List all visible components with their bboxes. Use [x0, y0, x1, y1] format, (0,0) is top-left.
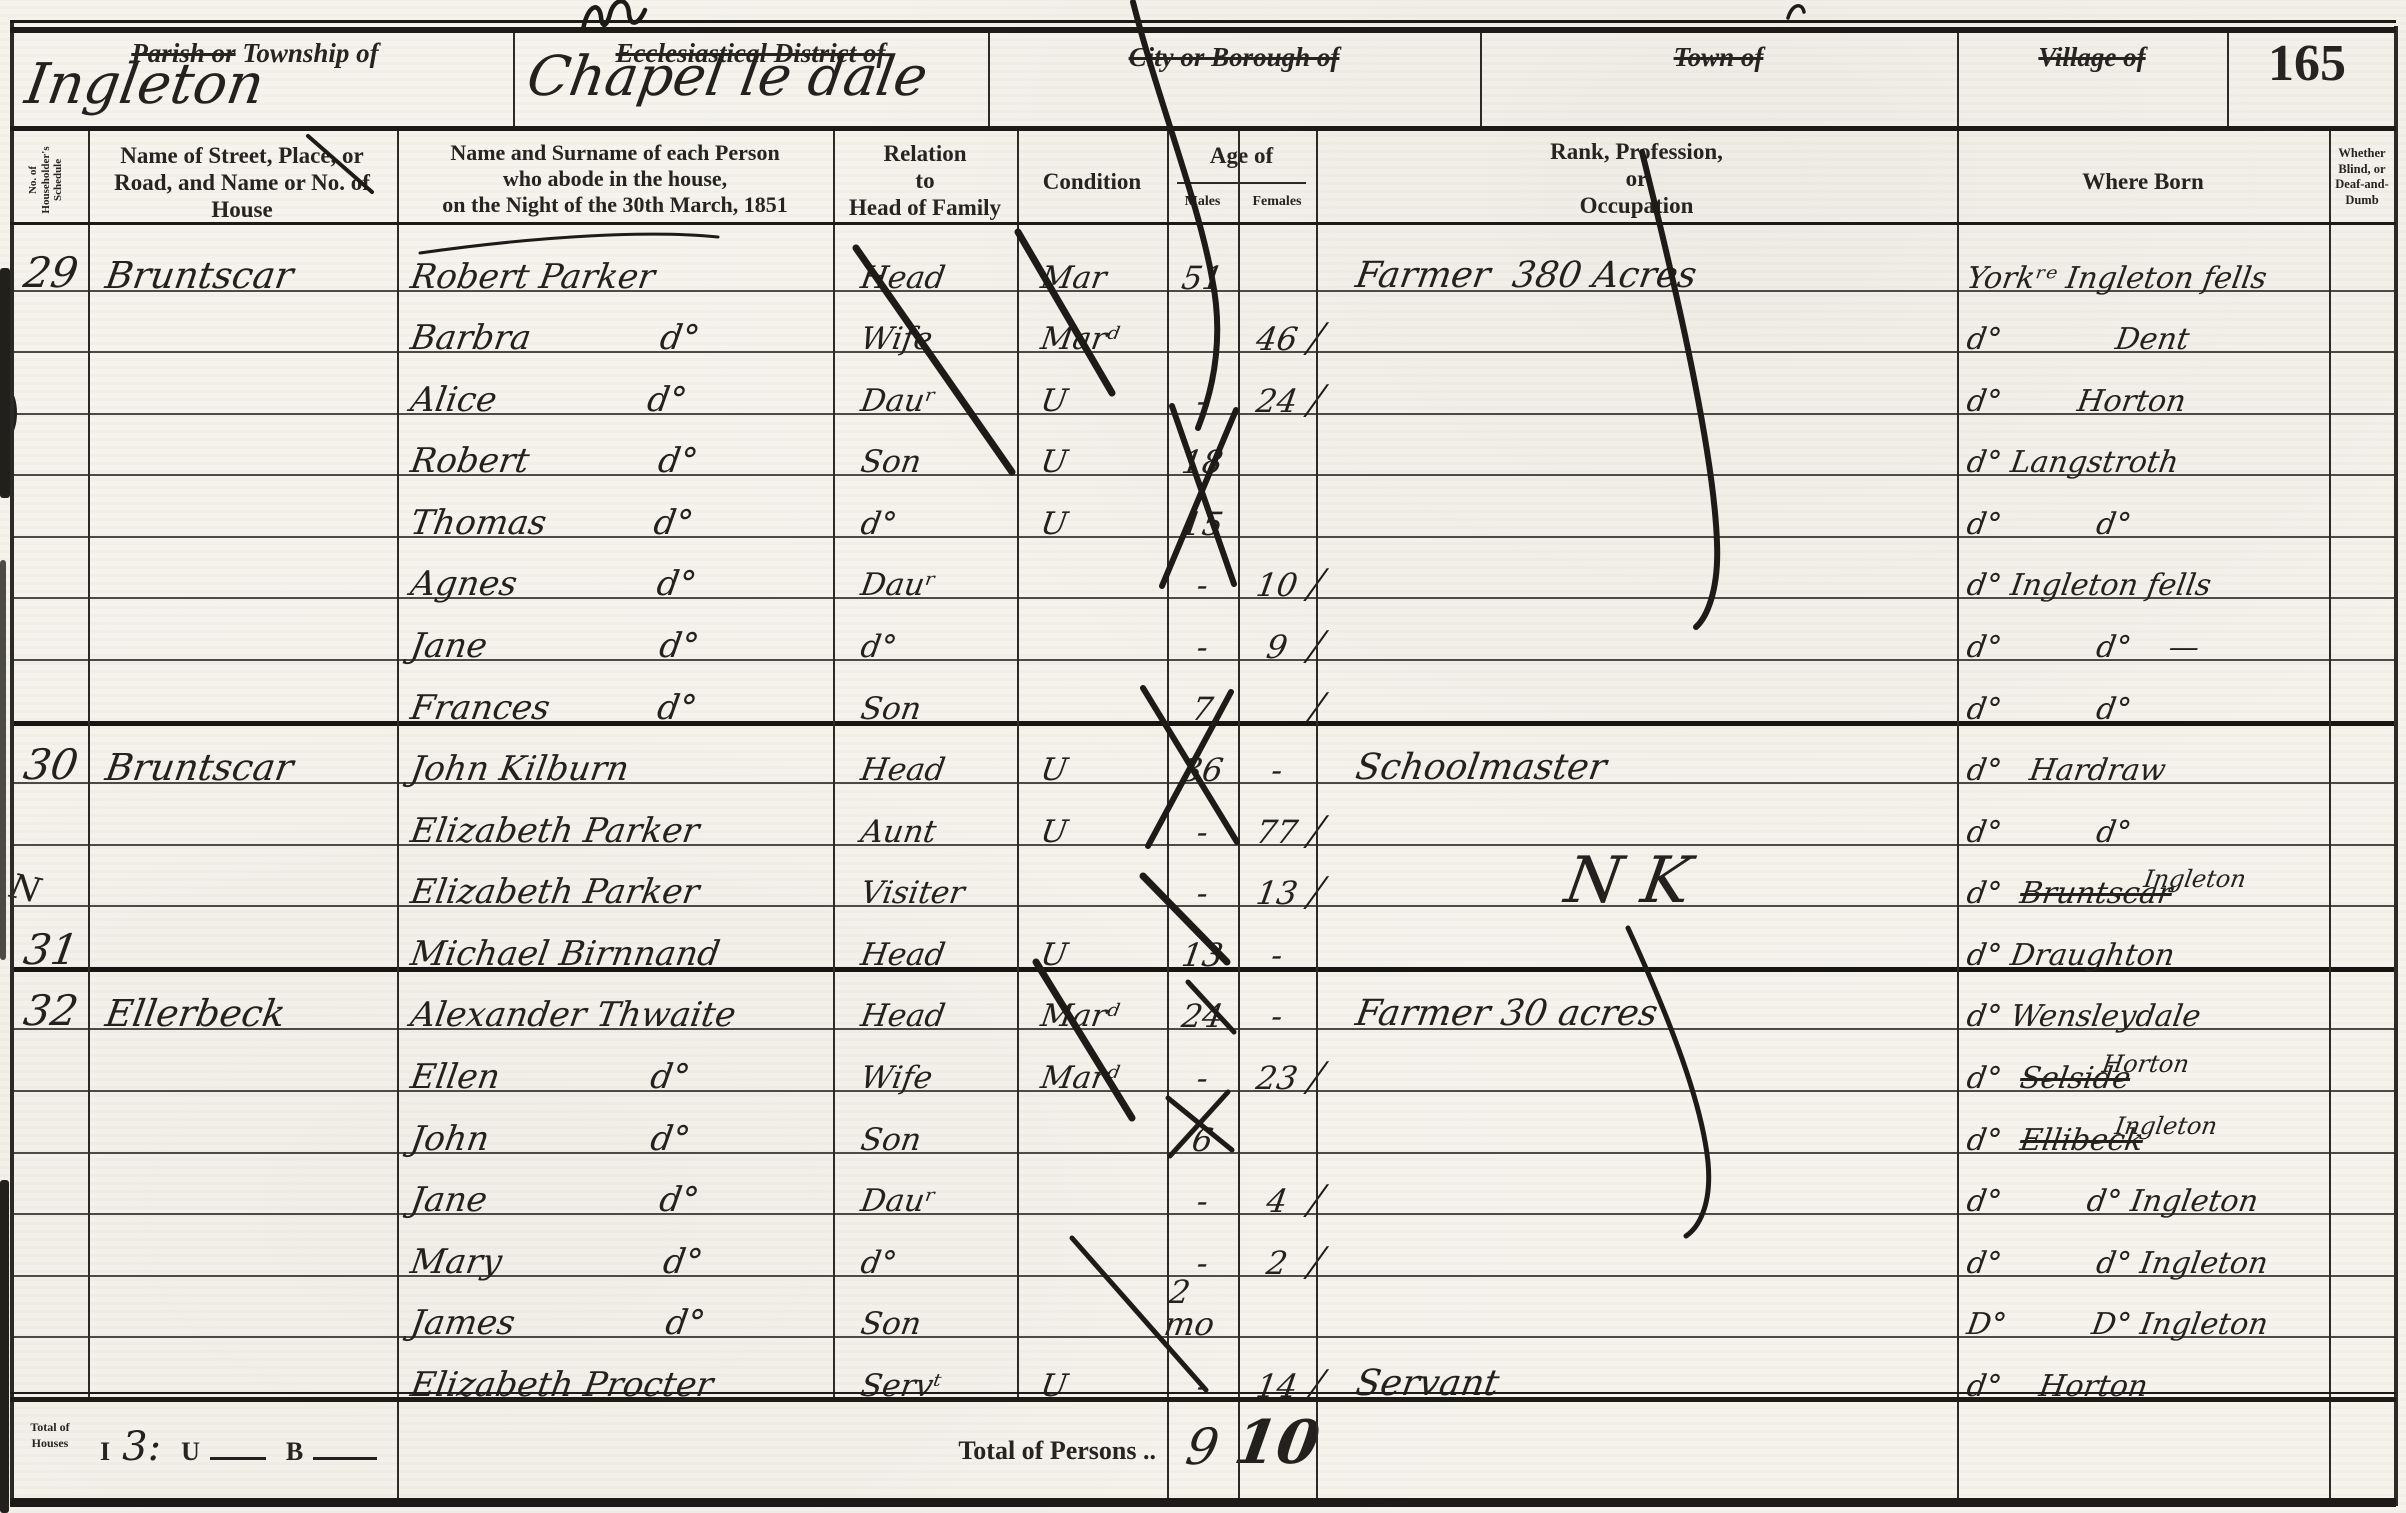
name-cell: Elizabeth Parker — [396, 814, 847, 848]
blind-column-header: Whether Blind, or Deaf-and-Dumb — [2331, 146, 2393, 209]
name-cell: Jane d° — [396, 629, 847, 663]
rule-line — [2227, 30, 2229, 126]
occupation-cell: Farmer 380 Acres — [1313, 258, 1999, 294]
relation-column-header: Relation to Head of Family — [833, 140, 1017, 221]
table-row: 30BruntscarJohn KilburnHeadU36-Schoolmas… — [10, 721, 2396, 785]
pen-mark — [1788, 6, 1804, 18]
table-row: 31Michael BirnnandHeadU13-d° Draughton — [10, 905, 2396, 972]
rule-line — [2394, 26, 2398, 1506]
table-row: Barbra d°WifeMarᵈ46d° Dent∕ — [10, 290, 2396, 354]
name-cell: Barbra d° — [396, 321, 847, 355]
rule-line — [10, 1498, 2396, 1507]
village-label: Village of — [1957, 42, 2227, 73]
name-cell: Mary d° — [396, 1245, 847, 1279]
born-correction-text: Ingleton — [2113, 1114, 2219, 1138]
total-persons-label: Total of Persons .. — [700, 1436, 1156, 1466]
name-header-line3: on the Night of the 30th March, 1851 — [399, 192, 831, 218]
total-houses-label: Total of Houses — [14, 1420, 86, 1451]
rule-line — [10, 20, 2396, 23]
table-row: Agnes d°Dauʳ-10d° Ingleton fells∕ — [10, 536, 2396, 600]
pen-scribble — [583, 1, 645, 30]
females-column-header: Females — [1238, 194, 1316, 210]
occupation-header-line2: or — [1316, 165, 1957, 192]
schedule-column-header: No. of Householder's Schedule — [6, 136, 86, 224]
rule-line — [1480, 30, 1482, 126]
scan-edge-blob — [0, 390, 17, 436]
rule-line — [833, 130, 835, 1398]
name-header-line2: who abode in the house, — [399, 166, 831, 192]
rule-line — [10, 27, 2396, 33]
table-row: John d°Son6d° EllibeckIngleton — [10, 1090, 2396, 1154]
table-row: Elizabeth ParkerAuntU-77d° d°∕ — [10, 782, 2396, 846]
born-correction-text: Ingleton — [2142, 867, 2248, 891]
name-column-header: Name and Surname of each Person who abod… — [399, 140, 831, 218]
rule-line — [1957, 30, 1959, 126]
total-persons-females: 10 — [1228, 1408, 1325, 1478]
street-cell: Bruntscar — [89, 257, 414, 294]
rule-line — [1017, 130, 1019, 1398]
ecclesiastical-value: Chapel le dale — [523, 44, 932, 108]
name-cell: Robert Parker — [396, 260, 847, 294]
schedule-number: 30 — [11, 744, 92, 786]
scan-edge-artifact — [0, 268, 10, 498]
schedule-column-header-text: No. of Householder's Schedule — [27, 140, 65, 220]
inhabited-label: I — [100, 1437, 110, 1466]
name-cell: Robert d° — [396, 444, 847, 478]
street-column-header: Name of Street, Place, or Road, and Name… — [92, 142, 392, 223]
name-cell: Ellen d° — [396, 1060, 847, 1094]
parish-value: Ingleton — [21, 52, 269, 117]
name-cell: John Kilburn — [396, 752, 847, 786]
occupation-header-line3: Occupation — [1316, 192, 1957, 219]
occupation-cell: Schoolmaster — [1313, 750, 1999, 786]
occupation-column-header: Rank, Profession, or Occupation — [1316, 138, 1957, 219]
census-page: Parish or Township of Ingleton Ecclesias… — [0, 0, 2406, 1513]
name-cell: Alexander Thwaite — [396, 998, 847, 1032]
rule-line — [513, 30, 515, 126]
table-row: Ellen d°WifeMarᵈ-23d° SelsideHorton∕ — [10, 1028, 2396, 1092]
table-row: Alice d°DauʳU-24d° Horton∕ — [10, 351, 2396, 415]
name-cell: James d° — [396, 1306, 847, 1340]
rule-line — [2329, 130, 2331, 1498]
table-row: Robert d°SonU18d° Langstroth — [10, 413, 2396, 477]
building-blank — [313, 1457, 377, 1460]
total-houses-values: I 3: U B — [100, 1424, 400, 1470]
rule-line — [1167, 130, 1169, 1498]
uninhabited-blank — [210, 1457, 266, 1460]
rule-line — [988, 30, 990, 126]
name-cell: Michael Birnnand — [396, 937, 847, 971]
street-cell: Bruntscar — [89, 749, 414, 786]
page-number: 165 — [2227, 34, 2387, 93]
table-row: James d°Son2 moD° D° Ingleton — [10, 1275, 2396, 1339]
rule-line — [1316, 130, 1318, 1498]
inhabited-value: 3: — [122, 1424, 161, 1470]
table-row: 29BruntscarRobert ParkerHeadMar51Farmer … — [10, 228, 2396, 292]
schedule-number: 31 — [11, 929, 92, 971]
table-row: Frances d°Son7d° d°∕ — [10, 659, 2396, 726]
table-row: Elizabeth ProcterServᵗU-14Servantd° Hort… — [10, 1336, 2396, 1400]
occupation-header-line1: Rank, Profession, — [1316, 138, 1957, 165]
born-correction-text: Horton — [2101, 1052, 2191, 1076]
table-row: Mary d°d°-2d° d° Ingleton∕ — [10, 1213, 2396, 1277]
name-cell: Frances d° — [396, 691, 847, 725]
rule-line — [10, 126, 2396, 131]
schedule-number: 29 — [11, 252, 92, 294]
street-cell: Ellerbeck — [89, 995, 414, 1032]
rule-line — [10, 1397, 2396, 1402]
name-cell: John d° — [396, 1122, 847, 1156]
name-header-line1: Name and Surname of each Person — [399, 140, 831, 166]
relation-header-line3: Head of Family — [833, 194, 1017, 221]
table-row: Jane d°d°-9d° d° —∕ — [10, 597, 2396, 661]
age-males-cell: 2 mo — [1162, 1276, 1243, 1340]
table-row: Thomas d°d°U15d° d° — [10, 474, 2396, 538]
scan-edge-artifact — [0, 560, 6, 960]
name-cell: Elizabeth Parker — [396, 875, 847, 909]
rule-line — [88, 130, 90, 1398]
town-label: Town of — [1480, 42, 1957, 73]
name-cell: Jane d° — [396, 1183, 847, 1217]
age-column-header: Age of — [1167, 142, 1316, 169]
city-borough-label: City or Borough of — [988, 42, 1480, 73]
rule-line — [1957, 130, 1959, 1498]
table-row: Jane d°Dauʳ-4d° d° Ingleton∕ — [10, 1152, 2396, 1216]
born-column-header: Where Born — [1957, 168, 2329, 195]
rule-line — [397, 130, 399, 1498]
scan-edge-artifact — [0, 1180, 9, 1513]
rule-line — [1238, 130, 1240, 1498]
name-cell: Agnes d° — [396, 567, 847, 601]
occupation-cell: Farmer 30 acres — [1313, 996, 1999, 1032]
name-cell: Thomas d° — [396, 506, 847, 540]
schedule-number: 32 — [11, 990, 92, 1032]
uninhabited-label: U — [181, 1437, 200, 1466]
rule-line — [10, 1392, 2396, 1394]
rule-line — [10, 20, 14, 1506]
relation-header-line2: to — [833, 167, 1017, 194]
age-header-rule — [1177, 182, 1306, 184]
condition-column-header: Condition — [1017, 168, 1167, 195]
relation-header-line1: Relation — [833, 140, 1017, 167]
building-label: B — [286, 1437, 303, 1466]
table-row: NElizabeth ParkerVisiter-13N Kd° Bruntsc… — [10, 844, 2396, 908]
males-column-header: Males — [1167, 194, 1238, 210]
rule-line — [10, 222, 2396, 225]
table-row: 32EllerbeckAlexander ThwaiteHeadMarᵈ24-F… — [10, 967, 2396, 1031]
name-cell: Alice d° — [396, 383, 847, 417]
